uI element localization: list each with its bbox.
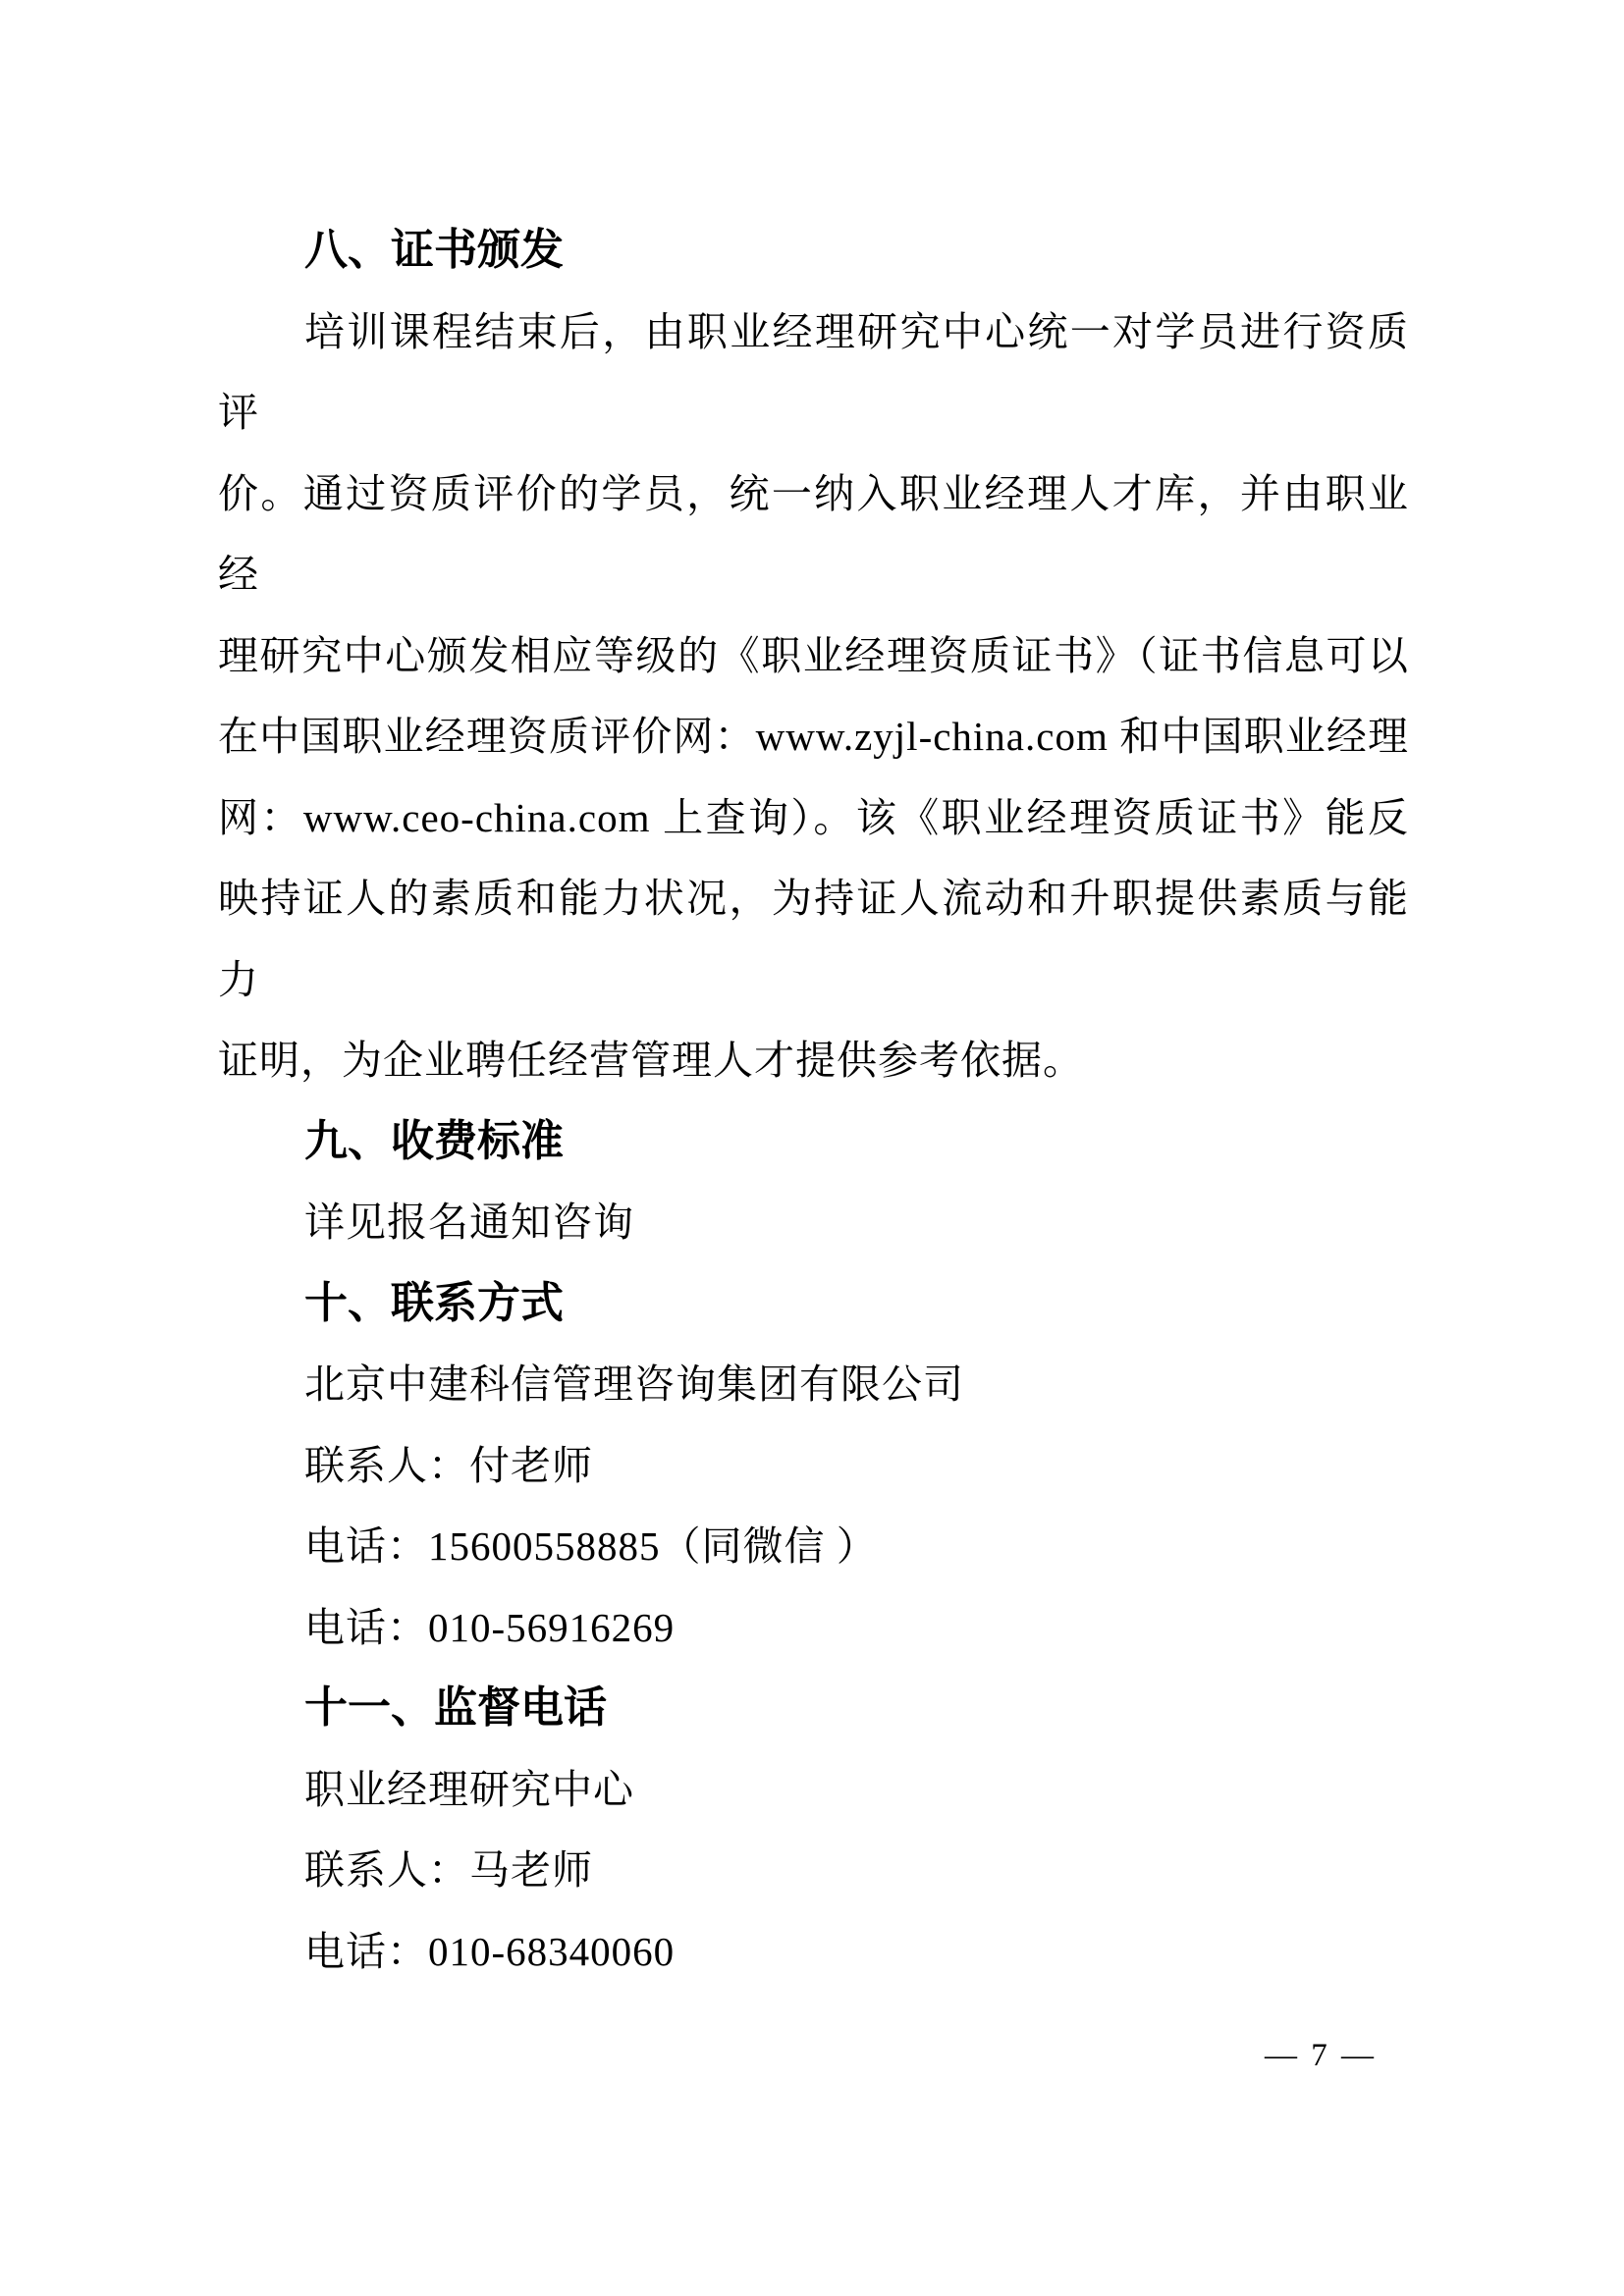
fee-standard-note: 详见报名通知咨询 [218, 1182, 1409, 1263]
section-heading-fee-standard: 九、收费标准 [218, 1101, 1409, 1183]
paragraph-line: 理研究中心颁发相应等级的《职业经理资质证书》（证书信息可以 [218, 615, 1409, 697]
paragraph-line: 网：www.ceo-china.com 上查询）。该《职业经理资质证书》能反 [218, 777, 1409, 859]
phone-number-landline: 电话：010-56916269 [218, 1587, 1409, 1669]
section-heading-supervision-phone: 十一、监督电话 [218, 1668, 1409, 1749]
paragraph-line: 培训课程结束后，由职业经理研究中心统一对学员进行资质评 [218, 292, 1409, 454]
phone-number-mobile: 电话：15600558885（同微信 ） [218, 1506, 1409, 1587]
document-body: 八、证书颁发 培训课程结束后，由职业经理研究中心统一对学员进行资质评 价。通过资… [218, 210, 1409, 1992]
company-name: 北京中建科信管理咨询集团有限公司 [218, 1344, 1409, 1425]
section-heading-certificate-issuance: 八、证书颁发 [218, 210, 1409, 292]
paragraph-line: 价。通过资质评价的学员，统一纳入职业经理人才库，并由职业经 [218, 454, 1409, 615]
paragraph-line: 映持证人的素质和能力状况，为持证人流动和升职提供素质与能力 [218, 858, 1409, 1020]
paragraph-line: 在中国职业经理资质评价网：www.zyjl-china.com 和中国职业经理 [218, 696, 1409, 777]
supervision-phone-number: 电话：010-68340060 [218, 1911, 1409, 1993]
document-page: 八、证书颁发 培训课程结束后，由职业经理研究中心统一对学员进行资质评 价。通过资… [0, 0, 1624, 2296]
paragraph-line: 证明，为企业聘任经营管理人才提供参考依据。 [218, 1020, 1409, 1101]
contact-person: 联系人：付老师 [218, 1425, 1409, 1507]
supervision-contact-person: 联系人：马老师 [218, 1830, 1409, 1911]
section-heading-contact-info: 十、联系方式 [218, 1263, 1409, 1345]
organization-name: 职业经理研究中心 [218, 1749, 1409, 1831]
page-number: — 7 — [1265, 2034, 1394, 2077]
